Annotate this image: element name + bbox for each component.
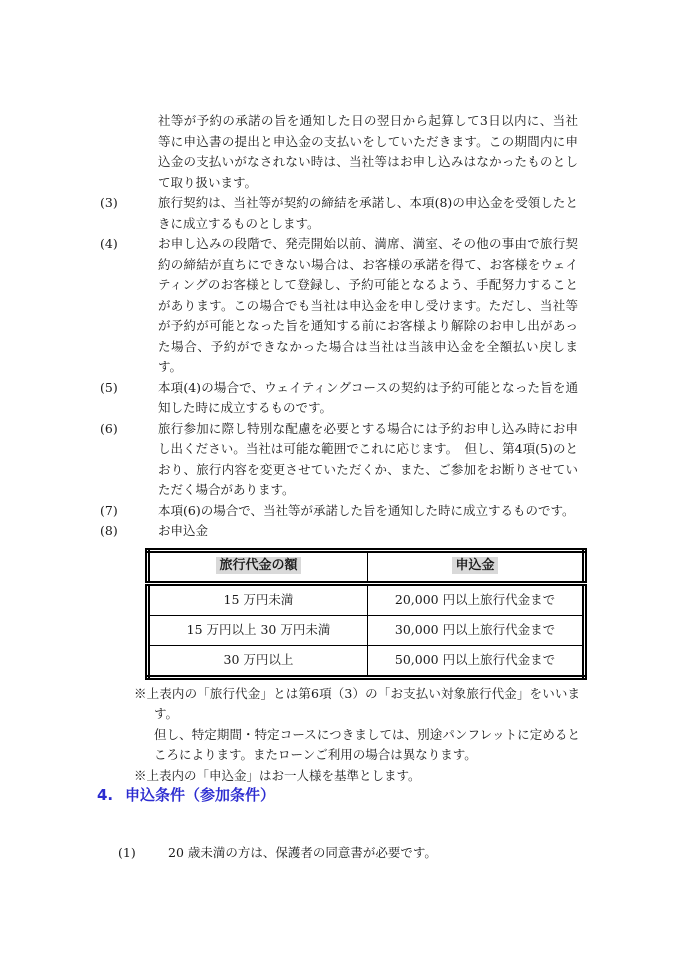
note-line: ※上表内の「申込金」はお一人様を基準とします。	[134, 766, 580, 787]
item-text: お申込金	[158, 523, 208, 538]
item-text: 本項(4)の場合で、ウェイティングコースの契約は予約可能となった旨を通知した時に…	[158, 380, 578, 416]
table-header-row: 旅行代金の額 申込金	[148, 550, 585, 583]
note-line: ※上表内の「旅行代金」とは第6項（3）の「お支払い対象旅行代金」をいいます。	[134, 684, 580, 725]
section-number: 4.	[97, 785, 125, 806]
table-header-price-range: 旅行代金の額	[148, 550, 368, 583]
paragraph-continuation: 社等が予約の承諾の旨を通知した日の翌日から起算して3日以内に、当社等に申込書の提…	[100, 111, 578, 193]
document-page: 社等が予約の承諾の旨を通知した日の翌日から起算して3日以内に、当社等に申込書の提…	[0, 0, 680, 962]
table-notes: ※上表内の「旅行代金」とは第6項（3）の「お支払い対象旅行代金」をいいます。 但…	[134, 684, 580, 787]
item-text: 本項(6)の場合で、当社等が承諾した旨を通知した時に成立するものです。	[158, 503, 574, 518]
header-label: 旅行代金の額	[216, 557, 300, 574]
table-row: 30 万円以上 50,000 円以上旅行代金まで	[148, 645, 585, 677]
section4-item-1: (1)20 歳未満の方は、保護者の同意書が必要です。	[118, 843, 578, 864]
section-title: 申込条件（参加条件）	[125, 786, 275, 804]
table-row: 15 万円未満 20,000 円以上旅行代金まで	[148, 583, 585, 615]
cell-price-range: 15 万円未満	[148, 583, 368, 615]
item-number: (3)	[100, 193, 118, 214]
cell-deposit: 50,000 円以上旅行代金まで	[368, 645, 585, 677]
item-number: (8)	[100, 521, 118, 542]
item-number: (1)	[118, 843, 168, 864]
item-number: (4)	[100, 234, 118, 255]
terms-body: 社等が予約の承諾の旨を通知した日の翌日から起算して3日以内に、当社等に申込書の提…	[100, 111, 578, 786]
item-number: (5)	[100, 378, 118, 399]
section-heading: 4.申込条件（参加条件）	[97, 785, 275, 806]
note-line: 但し、特定期間・特定コースにつきましては、別途パンフレットに定めるところによりま…	[134, 725, 580, 766]
deposit-table-wrap: 旅行代金の額 申込金 15 万円未満 20,000 円以上旅行代金まで 15 万…	[145, 548, 578, 680]
item-text: 旅行参加に際し特別な配慮を必要とする場合には予約お申し込み時にお申し出ください。…	[158, 421, 578, 498]
list-item-8: (8) お申込金	[100, 521, 578, 542]
deposit-table: 旅行代金の額 申込金 15 万円未満 20,000 円以上旅行代金まで 15 万…	[145, 548, 587, 680]
item-text: お申し込みの段階で、発売開始以前、満席、満室、その他の事由で旅行契約の締結が直ち…	[158, 236, 578, 374]
table-row: 15 万円以上 30 万円未満 30,000 円以上旅行代金まで	[148, 615, 585, 645]
cell-deposit: 30,000 円以上旅行代金まで	[368, 615, 585, 645]
header-label: 申込金	[452, 557, 497, 574]
list-item-7: (7) 本項(6)の場合で、当社等が承諾した旨を通知した時に成立するものです。	[100, 501, 578, 522]
cell-price-range: 30 万円以上	[148, 645, 368, 677]
item-text: 20 歳未満の方は、保護者の同意書が必要です。	[168, 845, 437, 860]
item-text: 旅行契約は、当社等が契約の締結を承諾し、本項(8)の申込金を受領したときに成立す…	[158, 195, 578, 231]
cell-price-range: 15 万円以上 30 万円未満	[148, 615, 368, 645]
list-item-6: (6) 旅行参加に際し特別な配慮を必要とする場合には予約お申し込み時にお申し出く…	[100, 419, 578, 501]
list-item-5: (5) 本項(4)の場合で、ウェイティングコースの契約は予約可能となった旨を通知…	[100, 378, 578, 419]
item-number: (6)	[100, 419, 118, 440]
list-item-4: (4) お申し込みの段階で、発売開始以前、満席、満室、その他の事由で旅行契約の締…	[100, 234, 578, 378]
cell-deposit: 20,000 円以上旅行代金まで	[368, 583, 585, 615]
list-item-3: (3) 旅行契約は、当社等が契約の締結を承諾し、本項(8)の申込金を受領したとき…	[100, 193, 578, 234]
table-header-deposit: 申込金	[368, 550, 585, 583]
item-number: (7)	[100, 501, 118, 522]
